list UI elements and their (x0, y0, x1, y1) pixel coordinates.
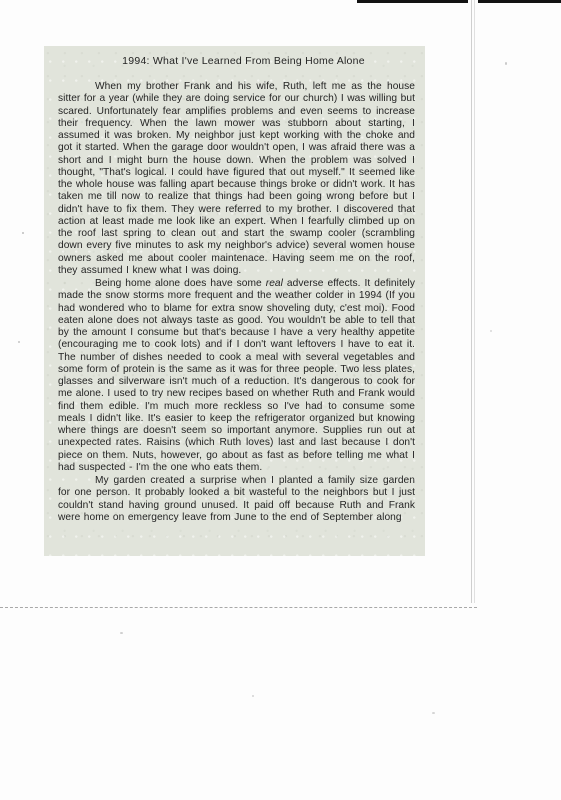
page-edge-vertical-line-faint (474, 0, 475, 603)
paragraph-2: Being home alone does have some real adv… (58, 278, 415, 474)
italic-word-real: real (266, 278, 283, 289)
scan-speck (22, 232, 24, 234)
scan-speck (252, 695, 254, 697)
page-bottom-perforated-edge (0, 607, 477, 608)
paragraph-2-text-continued: adverse effects. It definitely made the … (58, 278, 415, 473)
page-edge-vertical-line (471, 0, 472, 603)
scan-speck (432, 712, 435, 714)
document-title: 1994: What I've Learned From Being Home … (72, 55, 415, 67)
paragraph-2-text: Being home alone does have some (95, 278, 266, 289)
scan-speck (18, 341, 20, 343)
scan-speck (490, 330, 492, 332)
paragraph-1: When my brother Frank and his wife, Ruth… (58, 81, 415, 277)
scan-speck (505, 62, 507, 65)
scan-artifact-top-bar-right (478, 0, 561, 3)
paragraph-3: My garden created a surprise when I plan… (58, 475, 415, 524)
scan-artifact-top-bar-left (357, 0, 468, 3)
scan-speck (120, 632, 123, 634)
document-text-block: 1994: What I've Learned From Being Home … (44, 46, 425, 556)
